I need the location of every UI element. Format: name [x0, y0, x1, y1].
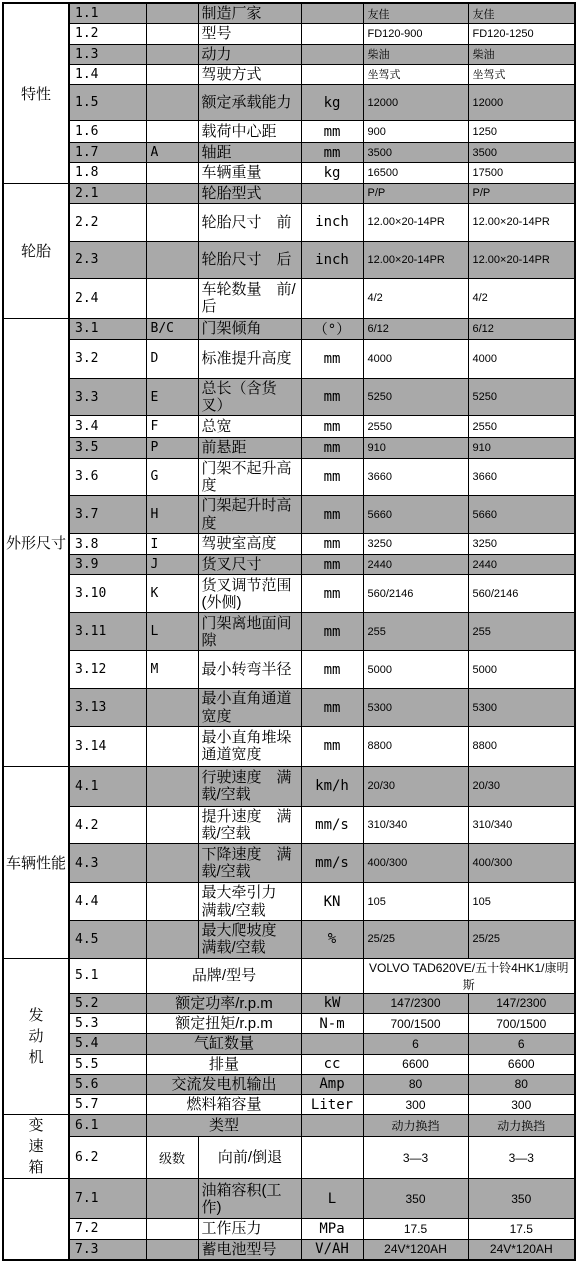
row-letter: A [146, 143, 198, 163]
row-letter: M [146, 651, 198, 689]
row-number: 3.6 [69, 458, 146, 496]
row-number: 3.2 [69, 339, 146, 378]
row-letter [146, 766, 198, 806]
row-letter [146, 3, 198, 24]
row-name: 蓄电池型号 [198, 1239, 301, 1260]
row-letter [146, 844, 198, 883]
row-name: 提升速度 满载/空载 [198, 806, 301, 844]
spec-row: 1.2型号FD120-900FD120-1250 [3, 24, 575, 44]
row-number: 4.4 [69, 883, 146, 921]
row-unit: mm [301, 689, 363, 727]
row-letter [146, 1219, 198, 1239]
row-unit: mm [301, 726, 363, 766]
row-number: 2.4 [69, 278, 146, 318]
spec-row: 5.6交流发电机输出Amp8080 [3, 1074, 575, 1094]
row-letter [146, 44, 198, 64]
row-letter [146, 203, 198, 241]
row-unit [301, 1034, 363, 1054]
row-number: 1.1 [69, 3, 146, 24]
row-name: 额定扭矩/r.p.m [146, 1014, 301, 1034]
row-value-both-models: VOLVO TAD620VE/五十铃4HK1/康明斯 [363, 958, 575, 993]
spec-row: 特性1.1制造厂家友佳友佳 [3, 3, 575, 24]
row-name: 燃料箱容量 [146, 1095, 301, 1115]
row-name: 最小转弯半径 [198, 651, 301, 689]
spec-sheet: 特性1.1制造厂家友佳友佳1.2型号FD120-900FD120-12501.3… [0, 2, 576, 1261]
row-name: 向前/倒退 [198, 1137, 301, 1179]
value-model2: 5300 [468, 689, 575, 727]
spec-row: 5.5排量cc66006600 [3, 1054, 575, 1074]
row-name: 动力 [198, 44, 301, 64]
row-letter: D [146, 339, 198, 378]
spec-row: 轮胎2.1轮胎型式P/PP/P [3, 183, 575, 203]
value-model2: 友佳 [468, 3, 575, 24]
row-unit: mm [301, 575, 363, 613]
row-name: 门架倾角 [198, 318, 301, 339]
row-name: 额定功率/r.p.m [146, 993, 301, 1013]
row-name: 门架离地面间隙 [198, 613, 301, 651]
value-model1: 300 [363, 1095, 468, 1115]
row-number: 3.8 [69, 534, 146, 555]
row-unit [301, 44, 363, 64]
value-model1: 350 [363, 1179, 468, 1219]
row-letter: L [146, 613, 198, 651]
value-model1: 400/300 [363, 844, 468, 883]
row-name: 最大爬坡度 满载/空载 [198, 920, 301, 958]
row-name: 气缸数量 [146, 1034, 301, 1054]
row-number: 1.6 [69, 121, 146, 143]
row-unit: mm [301, 121, 363, 143]
row-unit [301, 183, 363, 203]
row-name: 标准提升高度 [198, 339, 301, 378]
row-letter: P [146, 438, 198, 458]
value-model1: 5000 [363, 651, 468, 689]
section-label-text: 发动机 [28, 1005, 45, 1068]
row-name: 工作压力 [198, 1219, 301, 1239]
row-number: 1.3 [69, 44, 146, 64]
row-letter: F [146, 416, 198, 438]
value-model1: 3660 [363, 458, 468, 496]
value-model1: 25/25 [363, 920, 468, 958]
value-model2: 910 [468, 438, 575, 458]
value-model1: 12000 [363, 85, 468, 121]
value-model1: 友佳 [363, 3, 468, 24]
value-model2: 3660 [468, 458, 575, 496]
value-model2: 2440 [468, 555, 575, 575]
row-unit: kg [301, 85, 363, 121]
value-model2: 5250 [468, 378, 575, 416]
row-number: 3.13 [69, 689, 146, 727]
row-letter [146, 1239, 198, 1260]
row-unit: mm/s [301, 806, 363, 844]
value-model1: 动力换挡 [363, 1115, 468, 1137]
spec-row: 4.5最大爬坡度 满载/空载%25/2525/25 [3, 920, 575, 958]
row-name: 最大牵引力 满载/空载 [198, 883, 301, 921]
value-model1: 柴油 [363, 44, 468, 64]
value-model1: 4000 [363, 339, 468, 378]
row-unit [301, 64, 363, 84]
row-number: 1.2 [69, 24, 146, 44]
row-name: 型号 [198, 24, 301, 44]
spec-row: 2.4车轮数量 前/后4/24/2 [3, 278, 575, 318]
row-letter [146, 24, 198, 44]
spec-row: 3.5P前悬距mm910910 [3, 438, 575, 458]
value-model2: 20/30 [468, 766, 575, 806]
value-model1: 310/340 [363, 806, 468, 844]
row-name: 轴距 [198, 143, 301, 163]
row-name: 制造厂家 [198, 3, 301, 24]
row-number: 5.3 [69, 1014, 146, 1034]
row-unit: km/h [301, 766, 363, 806]
value-model1: 17.5 [363, 1219, 468, 1239]
row-unit: cc [301, 1054, 363, 1074]
spec-row: 2.2轮胎尺寸 前inch12.00×20-14PR12.00×20-14PR [3, 203, 575, 241]
value-model2: 12000 [468, 85, 575, 121]
value-model1: 20/30 [363, 766, 468, 806]
section-label: 发动机 [3, 958, 69, 1115]
row-number: 5.1 [69, 958, 146, 993]
section-label-text: 变速箱 [28, 1115, 45, 1178]
row-unit: L [301, 1179, 363, 1219]
value-model2: 坐驾式 [468, 64, 575, 84]
value-model1: 坐驾式 [363, 64, 468, 84]
value-model1: 6/12 [363, 318, 468, 339]
value-model2: 80 [468, 1074, 575, 1094]
spec-row: 3.11L门架离地面间隙mm255255 [3, 613, 575, 651]
value-model2: 6 [468, 1034, 575, 1054]
spec-row: 3.13最小直角通道宽度mm53005300 [3, 689, 575, 727]
spec-row: 发动机5.1品牌/型号VOLVO TAD620VE/五十铃4HK1/康明斯 [3, 958, 575, 993]
row-unit [301, 1115, 363, 1137]
row-name: 交流发电机输出 [146, 1074, 301, 1094]
row-number: 1.8 [69, 163, 146, 183]
row-unit: mm [301, 651, 363, 689]
row-number: 3.10 [69, 575, 146, 613]
spec-row: 变速箱6.1类型动力换挡动力换挡 [3, 1115, 575, 1137]
value-model1: P/P [363, 183, 468, 203]
spec-row: 4.3下降速度 满载/空载mm/s400/300400/300 [3, 844, 575, 883]
value-model1: 5250 [363, 378, 468, 416]
section-label-text: 车辆性能 [6, 855, 66, 872]
row-unit: mm [301, 438, 363, 458]
spec-row: 1.3动力柴油柴油 [3, 44, 575, 64]
row-unit: mm [301, 416, 363, 438]
row-name: 品牌/型号 [146, 958, 301, 993]
row-number: 3.4 [69, 416, 146, 438]
row-name: 总宽 [198, 416, 301, 438]
row-letter [146, 1179, 198, 1219]
row-unit: % [301, 920, 363, 958]
row-name: 轮胎尺寸 后 [198, 241, 301, 278]
value-model1: 4/2 [363, 278, 468, 318]
row-name: 载荷中心距 [198, 121, 301, 143]
row-name: 轮胎型式 [198, 183, 301, 203]
row-unit: mm [301, 555, 363, 575]
row-number: 3.9 [69, 555, 146, 575]
spec-row: 4.4最大牵引力 满载/空载KN105105 [3, 883, 575, 921]
value-model2: 105 [468, 883, 575, 921]
value-model1: 700/1500 [363, 1014, 468, 1034]
spec-row: 7.2工作压力MPa17.517.5 [3, 1219, 575, 1239]
row-letter: I [146, 534, 198, 555]
row-name: 门架不起升高度 [198, 458, 301, 496]
row-unit: kg [301, 163, 363, 183]
row-unit: inch [301, 203, 363, 241]
row-unit [301, 24, 363, 44]
value-model2: FD120-1250 [468, 24, 575, 44]
value-model2: 2550 [468, 416, 575, 438]
row-letter [146, 278, 198, 318]
row-letter [146, 726, 198, 766]
row-letter [146, 85, 198, 121]
value-model2: 12.00×20-14PR [468, 241, 575, 278]
spec-row: 车辆性能4.1行驶速度 满载/空载km/h20/3020/30 [3, 766, 575, 806]
value-model1: 24V*120AH [363, 1239, 468, 1260]
row-number: 6.1 [69, 1115, 146, 1137]
value-model2: 350 [468, 1179, 575, 1219]
value-model1: 2440 [363, 555, 468, 575]
value-model2: 147/2300 [468, 993, 575, 1013]
row-number: 6.2 [69, 1137, 146, 1179]
row-unit: Liter [301, 1095, 363, 1115]
row-name: 最小直角通道宽度 [198, 689, 301, 727]
value-model2: 3—3 [468, 1137, 575, 1179]
row-name: 额定承载能力 [198, 85, 301, 121]
value-model2: 5660 [468, 496, 575, 534]
row-name: 排量 [146, 1054, 301, 1074]
value-model1: 3—3 [363, 1137, 468, 1179]
value-model1: 6600 [363, 1054, 468, 1074]
spec-row: 1.6载荷中心距mm9001250 [3, 121, 575, 143]
row-number: 5.6 [69, 1074, 146, 1094]
row-number: 4.5 [69, 920, 146, 958]
value-model2: 3250 [468, 534, 575, 555]
row-letter [146, 64, 198, 84]
value-model1: 255 [363, 613, 468, 651]
row-letter [146, 121, 198, 143]
row-name: 货叉调节范围(外侧) [198, 575, 301, 613]
row-number: 7.2 [69, 1219, 146, 1239]
value-model2: P/P [468, 183, 575, 203]
value-model2: 8800 [468, 726, 575, 766]
value-model2: 17.5 [468, 1219, 575, 1239]
value-model2: 25/25 [468, 920, 575, 958]
row-unit: mm [301, 378, 363, 416]
value-model1: 2550 [363, 416, 468, 438]
row-name: 总长（含货叉） [198, 378, 301, 416]
section-label-text: 特性 [21, 86, 51, 103]
row-letter: J [146, 555, 198, 575]
value-model1: 560/2146 [363, 575, 468, 613]
row-number: 3.11 [69, 613, 146, 651]
row-letter: H [146, 496, 198, 534]
spec-row: 5.2额定功率/r.p.mkW147/2300147/2300 [3, 993, 575, 1013]
row-unit: Amp [301, 1074, 363, 1094]
row-letter: K [146, 575, 198, 613]
row-name: 行驶速度 满载/空载 [198, 766, 301, 806]
row-name: 货叉尺寸 [198, 555, 301, 575]
value-model2: 255 [468, 613, 575, 651]
row-unit: mm [301, 496, 363, 534]
row-name: 车轮数量 前/后 [198, 278, 301, 318]
row-unit: mm [301, 339, 363, 378]
value-model2: 300 [468, 1095, 575, 1115]
row-number: 3.1 [69, 318, 146, 339]
row-letter: E [146, 378, 198, 416]
spec-row: 3.4F总宽mm25502550 [3, 416, 575, 438]
row-name: 前悬距 [198, 438, 301, 458]
value-model1: 105 [363, 883, 468, 921]
value-model1: 6 [363, 1034, 468, 1054]
row-unit: KN [301, 883, 363, 921]
section-label: 轮胎 [3, 183, 69, 318]
value-model1: 910 [363, 438, 468, 458]
row-letter [146, 920, 198, 958]
value-model2: 5000 [468, 651, 575, 689]
row-letter [146, 241, 198, 278]
section-label-text: 轮胎 [21, 243, 51, 260]
section-label: 外形尺寸 [3, 318, 69, 766]
section-label: 特性 [3, 3, 69, 183]
row-letter [146, 883, 198, 921]
row-name: 类型 [146, 1115, 301, 1137]
row-number: 1.4 [69, 64, 146, 84]
row-number: 3.14 [69, 726, 146, 766]
spec-row: 4.2提升速度 满载/空载mm/s310/340310/340 [3, 806, 575, 844]
section-label: 变速箱 [3, 1115, 69, 1179]
row-number: 5.4 [69, 1034, 146, 1054]
row-number: 3.5 [69, 438, 146, 458]
value-model2: 1250 [468, 121, 575, 143]
spec-row: 1.4驾驶方式坐驾式坐驾式 [3, 64, 575, 84]
spec-row: 6.2级数向前/倒退3—33—3 [3, 1137, 575, 1179]
value-model2: 12.00×20-14PR [468, 203, 575, 241]
row-unit: V/AH [301, 1239, 363, 1260]
value-model1: 5660 [363, 496, 468, 534]
row-unit: mm [301, 534, 363, 555]
value-model1: 80 [363, 1074, 468, 1094]
row-number: 2.1 [69, 183, 146, 203]
row-unit: （°） [301, 318, 363, 339]
spec-row: 3.8I驾驶室高度mm32503250 [3, 534, 575, 555]
row-letter [146, 689, 198, 727]
row-unit: mm [301, 613, 363, 651]
row-number: 5.5 [69, 1054, 146, 1074]
spec-row: 5.3额定扭矩/r.p.mN-m700/1500700/1500 [3, 1014, 575, 1034]
value-model1: 16500 [363, 163, 468, 183]
spec-row: 外形尺寸3.1B/C门架倾角（°）6/126/12 [3, 318, 575, 339]
spec-row: 3.2D标准提升高度mm40004000 [3, 339, 575, 378]
value-model2: 310/340 [468, 806, 575, 844]
row-number: 5.7 [69, 1095, 146, 1115]
row-number: 3.3 [69, 378, 146, 416]
spec-row: 3.9J货叉尺寸mm24402440 [3, 555, 575, 575]
row-number: 1.5 [69, 85, 146, 121]
row-number: 2.2 [69, 203, 146, 241]
row-number: 7.3 [69, 1239, 146, 1260]
spec-row: 5.7燃料箱容量Liter300300 [3, 1095, 575, 1115]
spec-row: 1.8车辆重量kg1650017500 [3, 163, 575, 183]
row-number: 5.2 [69, 993, 146, 1013]
spec-row: 3.3E总长（含货叉）mm52505250 [3, 378, 575, 416]
row-name: 驾驶室高度 [198, 534, 301, 555]
value-model1: 12.00×20-14PR [363, 241, 468, 278]
value-model1: 900 [363, 121, 468, 143]
row-name: 油箱容积(工作) [198, 1179, 301, 1219]
forklift-spec-table: 特性1.1制造厂家友佳友佳1.2型号FD120-900FD120-12501.3… [2, 2, 576, 1261]
row-unit: mm [301, 458, 363, 496]
spec-row: 5.4气缸数量66 [3, 1034, 575, 1054]
value-model2: 400/300 [468, 844, 575, 883]
spec-row: 1.7A轴距mm35003500 [3, 143, 575, 163]
value-model2: 动力换挡 [468, 1115, 575, 1137]
value-model1: 3500 [363, 143, 468, 163]
spec-row: 1.5额定承载能力kg1200012000 [3, 85, 575, 121]
spec-row: 3.7H门架起升时高度mm56605660 [3, 496, 575, 534]
spec-row: 3.12M最小转弯半径mm50005000 [3, 651, 575, 689]
spec-row: 3.6G门架不起升高度mm36603660 [3, 458, 575, 496]
row-letter: 级数 [146, 1137, 198, 1179]
value-model2: 17500 [468, 163, 575, 183]
row-unit: mm/s [301, 844, 363, 883]
row-name: 轮胎尺寸 前 [198, 203, 301, 241]
row-letter [146, 183, 198, 203]
value-model1: 8800 [363, 726, 468, 766]
value-model2: 24V*120AH [468, 1239, 575, 1260]
row-number: 3.12 [69, 651, 146, 689]
row-number: 7.1 [69, 1179, 146, 1219]
row-number: 1.7 [69, 143, 146, 163]
value-model1: 12.00×20-14PR [363, 203, 468, 241]
row-letter [146, 806, 198, 844]
row-unit: N-m [301, 1014, 363, 1034]
spec-row: 7.3蓄电池型号V/AH24V*120AH24V*120AH [3, 1239, 575, 1260]
row-name: 下降速度 满载/空载 [198, 844, 301, 883]
value-model2: 柴油 [468, 44, 575, 64]
row-number: 4.2 [69, 806, 146, 844]
row-letter: B/C [146, 318, 198, 339]
value-model2: 4/2 [468, 278, 575, 318]
value-model1: 5300 [363, 689, 468, 727]
row-name: 驾驶方式 [198, 64, 301, 84]
section-label [3, 1179, 69, 1260]
row-name: 车辆重量 [198, 163, 301, 183]
row-unit [301, 958, 363, 993]
row-name: 最小直角堆垛通道宽度 [198, 726, 301, 766]
value-model2: 3500 [468, 143, 575, 163]
row-letter [146, 163, 198, 183]
value-model2: 560/2146 [468, 575, 575, 613]
value-model1: 147/2300 [363, 993, 468, 1013]
value-model1: 3250 [363, 534, 468, 555]
spec-row: 7.1油箱容积(工作)L350350 [3, 1179, 575, 1219]
spec-row: 3.14最小直角堆垛通道宽度mm88008800 [3, 726, 575, 766]
value-model2: 6/12 [468, 318, 575, 339]
row-unit [301, 3, 363, 24]
row-unit [301, 1137, 363, 1179]
row-unit [301, 278, 363, 318]
value-model2: 4000 [468, 339, 575, 378]
row-number: 4.1 [69, 766, 146, 806]
row-unit: MPa [301, 1219, 363, 1239]
row-name: 门架起升时高度 [198, 496, 301, 534]
row-unit: inch [301, 241, 363, 278]
section-label: 车辆性能 [3, 766, 69, 958]
row-unit: kW [301, 993, 363, 1013]
row-letter: G [146, 458, 198, 496]
row-unit: mm [301, 143, 363, 163]
value-model1: FD120-900 [363, 24, 468, 44]
spec-row: 2.3轮胎尺寸 后inch12.00×20-14PR12.00×20-14PR [3, 241, 575, 278]
